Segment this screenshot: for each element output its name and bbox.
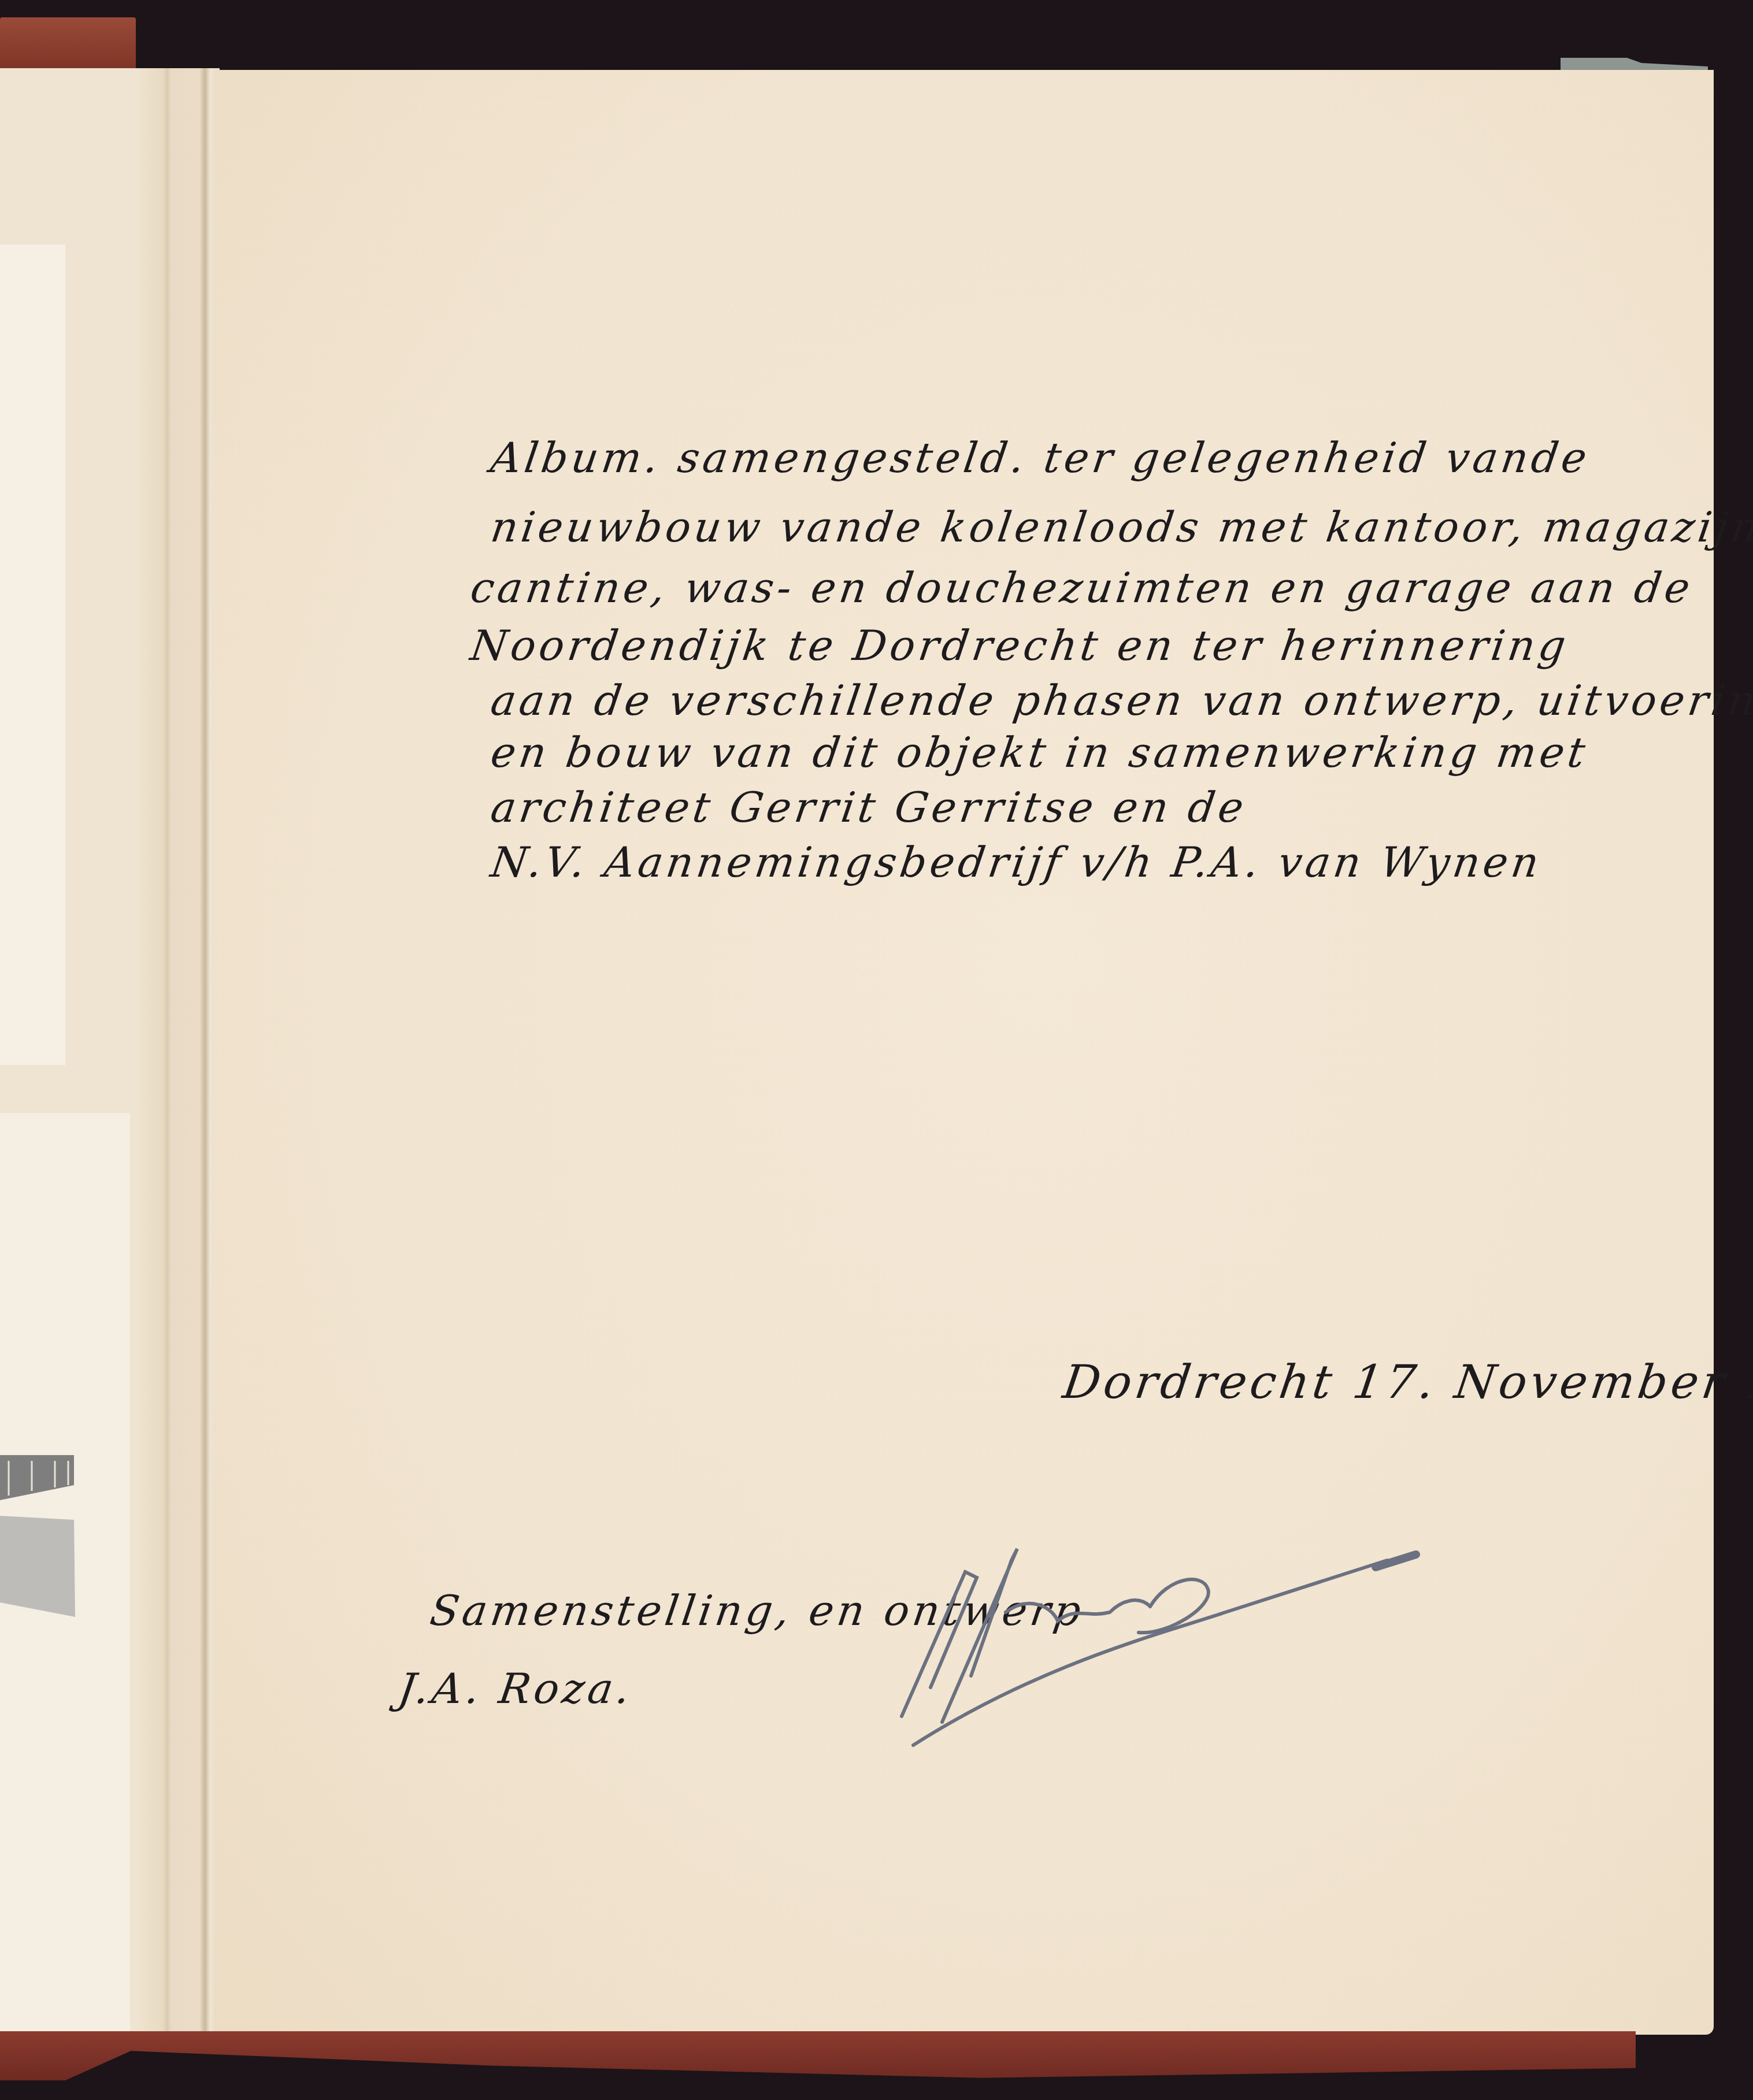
cover-leather-top xyxy=(0,17,136,69)
book-gutter xyxy=(139,68,220,2045)
credit-name: J.A. Roza. xyxy=(395,1664,636,1713)
mounted-photo-top xyxy=(0,244,66,1065)
dedication-line: cantine, was- en douchezuimten en garage… xyxy=(468,563,1696,612)
album-scan: Album. samengesteld. ter gelegenheid van… xyxy=(0,0,1753,2100)
dedication-line: Noordendijk te Dordrecht en ter herinner… xyxy=(468,621,1572,670)
building-halftone-print xyxy=(0,1455,75,1617)
dedication-line: aan de verschillende phasen van ontwerp,… xyxy=(488,676,1753,725)
dedication-line: Album. samengesteld. ter gelegenheid van… xyxy=(488,433,1593,482)
dedication-line: architeet Gerrit Gerritse en de xyxy=(488,783,1250,832)
dedication-line: en bouw van dit objekt in samenwerking m… xyxy=(488,728,1592,777)
dedication-line: nieuwbouw vande kolenloods met kantoor, … xyxy=(488,503,1753,551)
handwritten-signature xyxy=(867,1526,1445,1757)
dedication-line: N.V. Aannemingsbedrijf v/h P.A. van Wyne… xyxy=(488,838,1545,886)
place-date: Dordrecht 17. November 1954 xyxy=(1059,1355,1753,1409)
cover-leather-bottom xyxy=(0,2031,1636,2080)
